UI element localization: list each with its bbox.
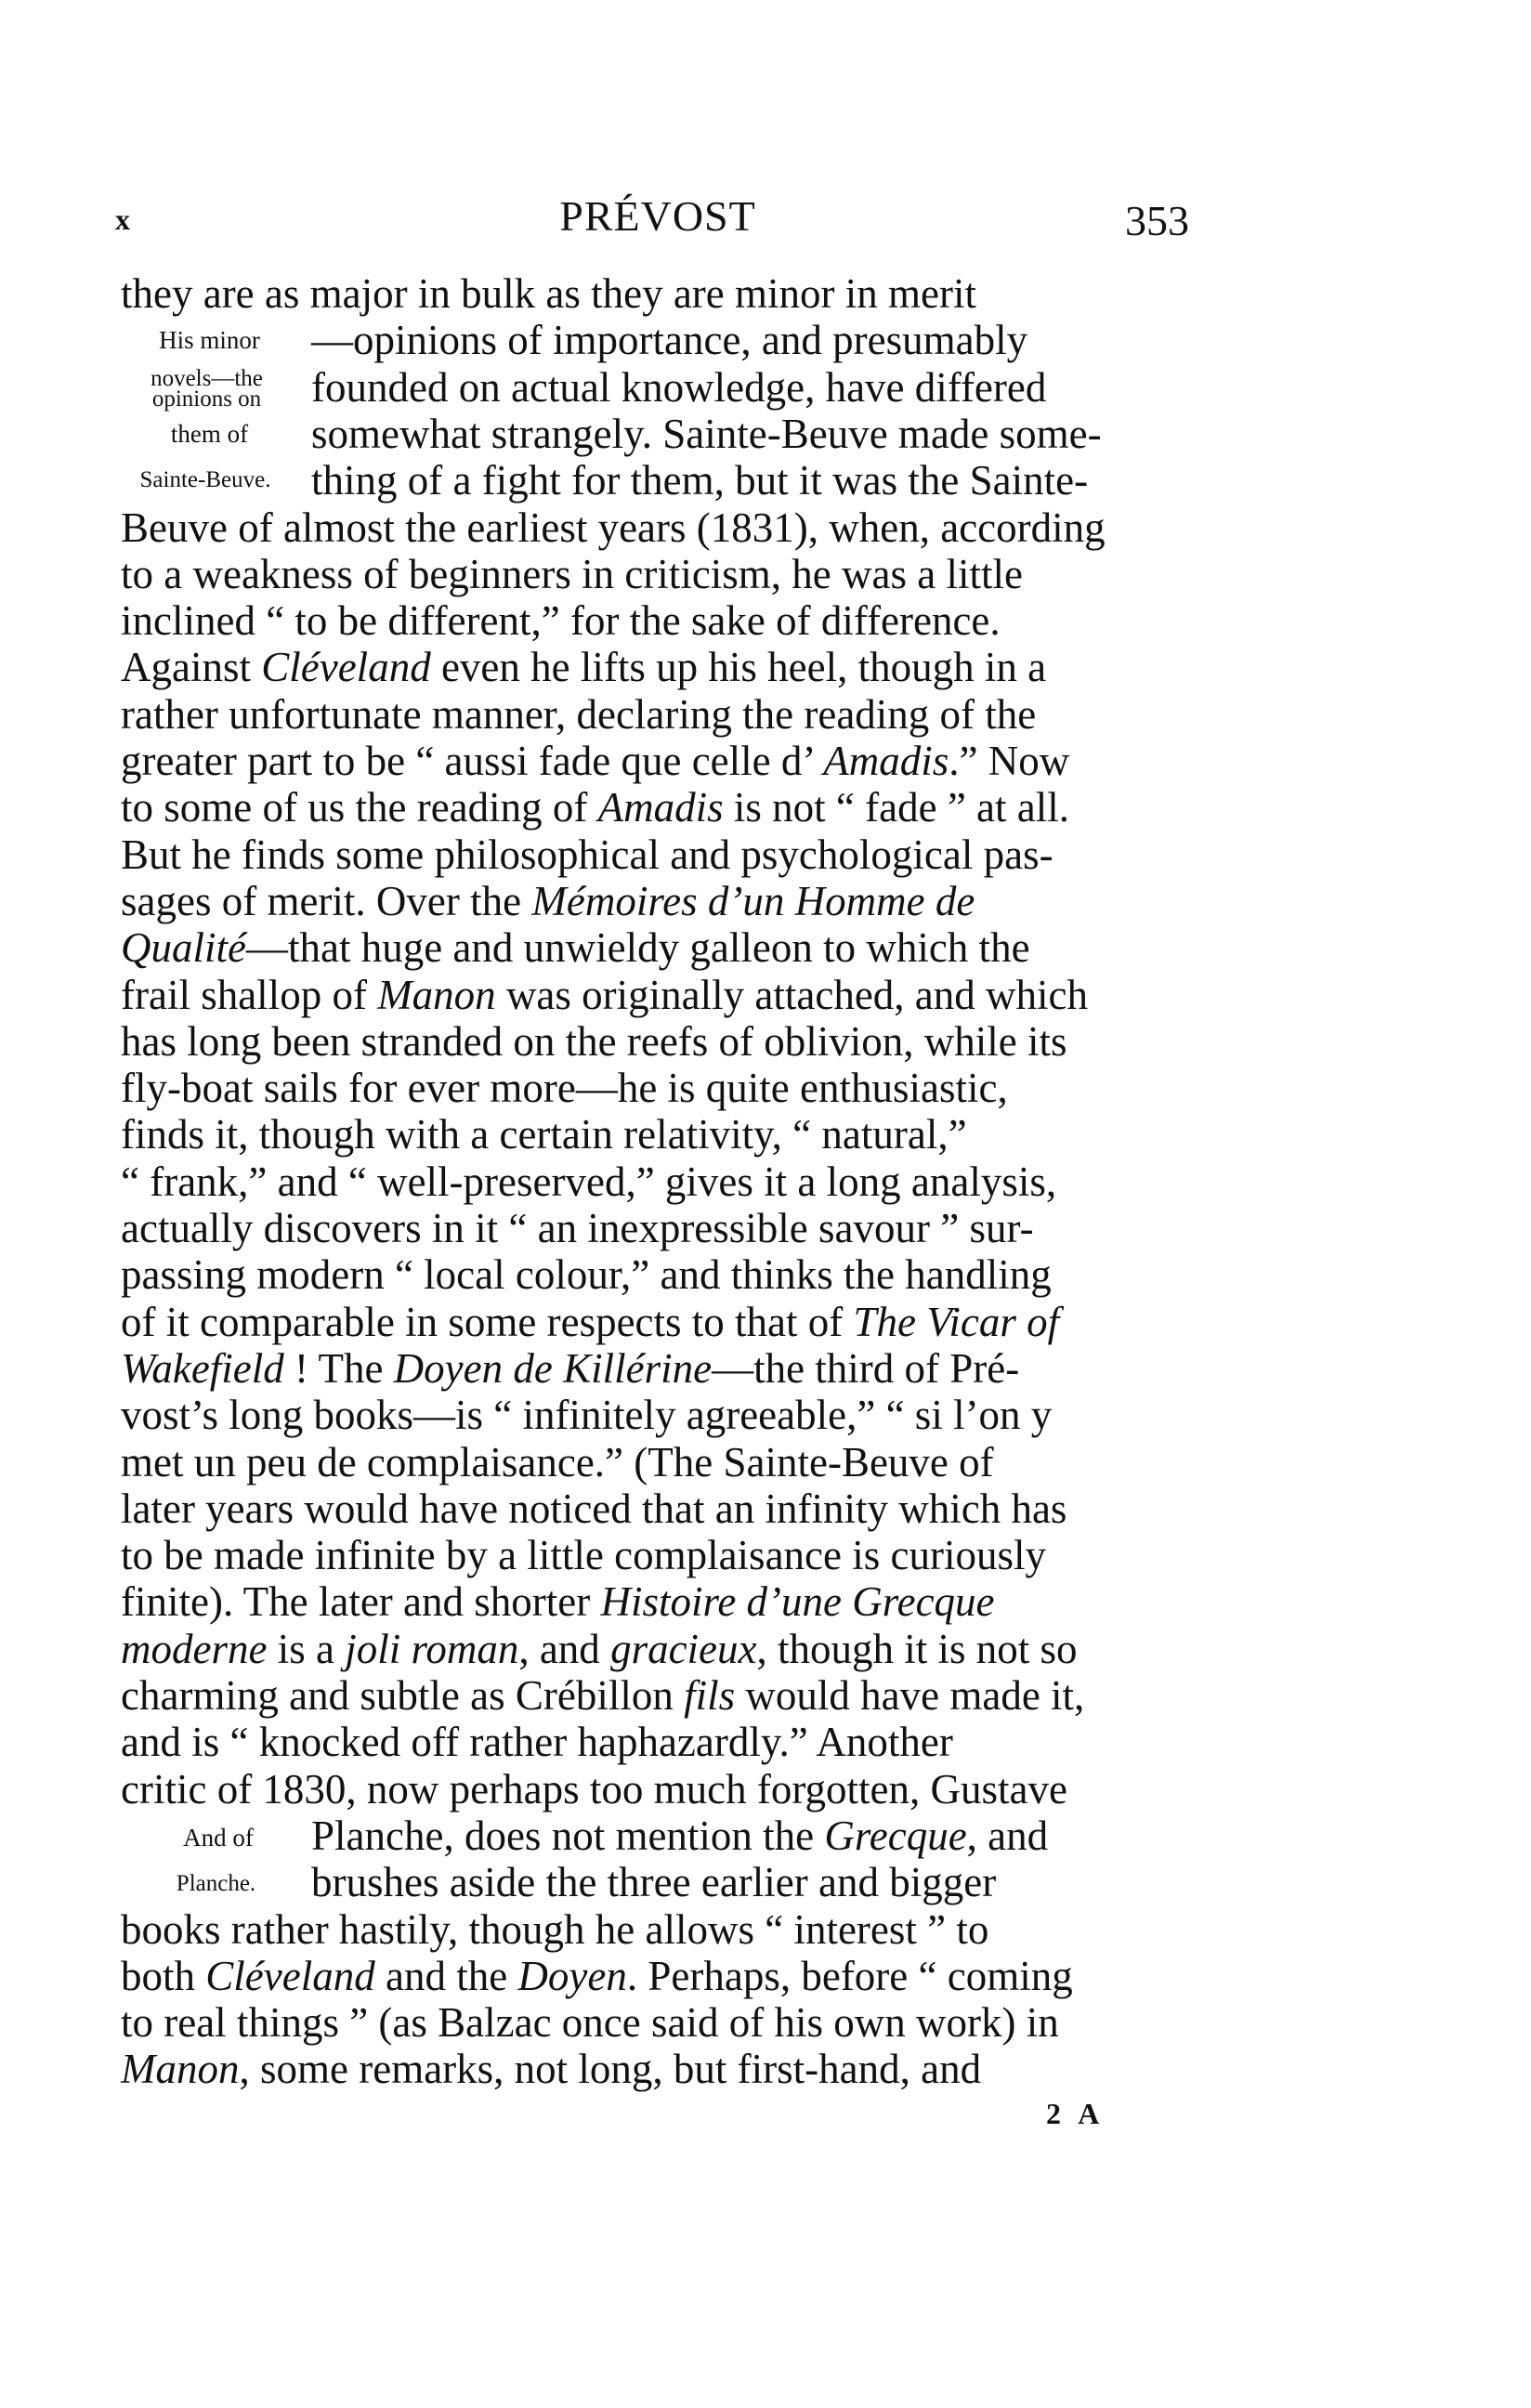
italic-text: Manon: [121, 2046, 240, 2092]
text-run: Planche, does not mention the: [311, 1813, 824, 1859]
text-run: .” Now: [949, 738, 1069, 784]
text-run: —that huge and unwieldy galleon to which…: [246, 924, 1030, 971]
text-run: passing modern “ local colour,” and thin…: [121, 1251, 1052, 1298]
text-line: to a weakness of beginners in criticism,…: [121, 551, 1189, 597]
margin-note-line: His minor: [128, 326, 291, 354]
text-run: greater part to be “ aussi fade que cell…: [121, 738, 823, 784]
text-run: both: [121, 1953, 205, 1999]
text-line: thing of a fight for them, but it was th…: [311, 457, 1189, 504]
italic-text: Histoire d’une Grecque: [600, 1578, 994, 1625]
text-run: to some of us the reading of: [121, 784, 598, 831]
text-line: “ frank,” and “ well-preserved,” gives i…: [121, 1158, 1189, 1205]
text-run: would have made it,: [735, 1672, 1084, 1719]
text-line: fly-boat sails for ever more—he is quite…: [121, 1065, 1189, 1111]
text-run: and the: [375, 1953, 518, 1999]
text-line: finite). The later and shorter Histoire …: [121, 1578, 1189, 1625]
text-line: sages of merit. Over the Mémoires d’un H…: [121, 878, 1189, 924]
italic-text: Cléveland: [261, 644, 430, 690]
text-run: finite). The later and shorter: [121, 1578, 600, 1625]
italic-text: Doyen: [517, 1953, 626, 1999]
text-line: and is “ knocked off rather haphazardly.…: [121, 1719, 1189, 1765]
text-run: somewhat strangely. Sainte-Beuve made so…: [311, 411, 1102, 457]
text-line: Qualité—that huge and unwieldy galleon t…: [121, 924, 1189, 971]
text-run: frail shallop of: [121, 972, 377, 1018]
text-line: books rather hastily, though he allows “…: [121, 1906, 1189, 1953]
text-run: charming and subtle as Crébillon: [121, 1672, 684, 1719]
text-run: “ frank,” and “ well-preserved,” gives i…: [121, 1158, 1056, 1205]
text-run: fly-boat sails for ever more—he is quite…: [121, 1065, 1008, 1111]
text-run: , though it is not so: [757, 1626, 1078, 1672]
margin-note-line: Planche.: [153, 1870, 279, 1898]
text-line: vost’s long books—is “ infinitely agreea…: [121, 1392, 1189, 1438]
text-line: Planche, does not mention the Grecque, a…: [311, 1813, 1189, 1859]
margin-note-line: And of: [158, 1824, 279, 1852]
text-run: founded on actual knowledge, have differ…: [311, 364, 1046, 411]
text-line: later years would have noticed that an i…: [121, 1485, 1189, 1532]
text-line: critic of 1830, now perhaps too much for…: [121, 1766, 1189, 1813]
text-run: even he lifts up his heel, though in a: [431, 644, 1046, 690]
text-run: they are as major in bulk as they are mi…: [121, 270, 976, 317]
text-run: ! The: [284, 1345, 394, 1392]
text-line: they are as major in bulk as they are mi…: [121, 270, 1189, 317]
book-page: x PRÉVOST 353 His minor novels—the opini…: [0, 0, 1531, 2408]
text-line: moderne is a joli roman, and gracieux, t…: [121, 1626, 1189, 1672]
italic-text: Doyen de Killérine: [394, 1345, 712, 1392]
text-line: has long been stranded on the reefs of o…: [121, 1018, 1189, 1065]
text-line: Manon, some remarks, not long, but first…: [121, 2046, 1189, 2092]
margin-note-minor-novels: His minor: [128, 326, 291, 354]
text-line: frail shallop of Manon was originally at…: [121, 972, 1189, 1018]
text-line: inclined “ to be different,” for the sak…: [121, 597, 1189, 644]
text-run: . Perhaps, before “ coming: [627, 1953, 1073, 1999]
italic-text: Wakefield: [121, 1345, 284, 1392]
text-line: rather unfortunate manner, declaring the…: [121, 691, 1189, 738]
text-run: to real things ” (as Balzac once said of…: [121, 1999, 1059, 2046]
text-run: , some remarks, not long, but first-hand…: [240, 2046, 982, 2092]
italic-text: moderne: [121, 1626, 267, 1672]
text-line: both Cléveland and the Doyen. Perhaps, b…: [121, 1953, 1189, 1999]
page-number: 353: [1111, 197, 1189, 245]
margin-note-minor-novels-4: Sainte-Beuve.: [117, 466, 294, 494]
text-line: But he finds some philosophical and psyc…: [121, 831, 1189, 878]
text-run: vost’s long books—is “ infinitely agreea…: [121, 1392, 1052, 1438]
text-run: is not “ fade ” at all.: [724, 784, 1069, 831]
text-line: somewhat strangely. Sainte-Beuve made so…: [311, 411, 1189, 457]
margin-note-minor-novels-2: novels—the opinions on: [121, 369, 293, 410]
text-line: Against Cléveland even he lifts up his h…: [121, 644, 1189, 690]
italic-text: Qualité: [121, 924, 246, 971]
text-run: —opinions of importance, and presumably: [311, 317, 1027, 363]
italic-text: Grecque: [824, 1813, 966, 1859]
text-run: inclined “ to be different,” for the sak…: [121, 597, 1001, 644]
text-run: to be made infinite by a little complais…: [121, 1532, 1046, 1578]
text-run: Beuve of almost the earliest years (1831…: [121, 504, 1106, 551]
text-run: But he finds some philosophical and psyc…: [121, 831, 1053, 878]
text-run: brushes aside the three earlier and bigg…: [311, 1859, 996, 1905]
text-run: —the third of Pré-: [712, 1345, 1019, 1392]
text-run: sages of merit. Over the: [121, 878, 531, 924]
margin-note-line: Sainte-Beuve.: [117, 466, 294, 494]
text-run: is a: [267, 1626, 345, 1672]
italic-text: fils: [684, 1672, 735, 1719]
text-line: brushes aside the three earlier and bigg…: [311, 1859, 1189, 1905]
italic-text: Mémoires d’un Homme de: [531, 878, 975, 924]
italic-text: Amadis: [823, 738, 949, 784]
margin-note-planche: And of: [158, 1824, 279, 1852]
text-line: charming and subtle as Crébillon fils wo…: [121, 1672, 1189, 1719]
text-line: passing modern “ local colour,” and thin…: [121, 1251, 1189, 1298]
text-line: to be made infinite by a little complais…: [121, 1532, 1189, 1578]
text-line: Beuve of almost the earliest years (1831…: [121, 504, 1189, 551]
text-line: Wakefield ! The Doyen de Killérine—the t…: [121, 1345, 1189, 1392]
italic-text: The Vicar of: [854, 1299, 1060, 1345]
italic-text: Amadis: [598, 784, 724, 831]
text-run: met un peu de complaisance.” (The Sainte…: [121, 1439, 994, 1485]
italic-text: Cléveland: [205, 1953, 374, 1999]
text-run: later years would have noticed that an i…: [121, 1485, 1066, 1532]
text-run: books rather hastily, though he allows “…: [121, 1906, 988, 1953]
text-line: to some of us the reading of Amadis is n…: [121, 784, 1189, 831]
italic-text: gracieux: [610, 1626, 756, 1672]
text-run: rather unfortunate manner, declaring the…: [121, 691, 1036, 738]
running-title: PRÉVOST: [545, 192, 770, 241]
text-run: of it comparable in some respects to tha…: [121, 1299, 854, 1345]
text-run: , and: [518, 1626, 610, 1672]
margin-note-minor-novels-3: them of: [128, 420, 291, 448]
text-run: was originally attached, and which: [496, 972, 1088, 1018]
text-line: founded on actual knowledge, have differ…: [311, 364, 1189, 411]
signature-mark: 2 A: [1046, 2095, 1105, 2132]
text-run: critic of 1830, now perhaps too much for…: [121, 1766, 1067, 1813]
text-run: actually discovers in it “ an inexpressi…: [121, 1205, 1034, 1251]
margin-note-line: them of: [128, 420, 291, 448]
italic-text: joli roman: [345, 1626, 518, 1672]
text-line: —opinions of importance, and presumably: [311, 317, 1189, 363]
text-run: Against: [121, 644, 261, 690]
margin-note-line: opinions on: [121, 389, 293, 410]
text-run: finds it, though with a certain relativi…: [121, 1111, 967, 1158]
text-line: of it comparable in some respects to tha…: [121, 1299, 1189, 1345]
text-line: finds it, though with a certain relativi…: [121, 1111, 1189, 1158]
text-line: greater part to be “ aussi fade que cell…: [121, 738, 1189, 784]
text-line: to real things ” (as Balzac once said of…: [121, 1999, 1189, 2046]
header-signature: x: [115, 201, 130, 238]
margin-note-planche-2: Planche.: [153, 1870, 279, 1898]
text-run: to a weakness of beginners in criticism,…: [121, 551, 1023, 597]
text-run: , and: [967, 1813, 1048, 1859]
text-line: met un peu de complaisance.” (The Sainte…: [121, 1439, 1189, 1485]
text-run: thing of a fight for them, but it was th…: [311, 457, 1088, 504]
text-run: has long been stranded on the reefs of o…: [121, 1018, 1067, 1065]
text-run: and is “ knocked off rather haphazardly.…: [121, 1719, 953, 1765]
italic-text: Manon: [377, 972, 496, 1018]
text-line: actually discovers in it “ an inexpressi…: [121, 1205, 1189, 1251]
